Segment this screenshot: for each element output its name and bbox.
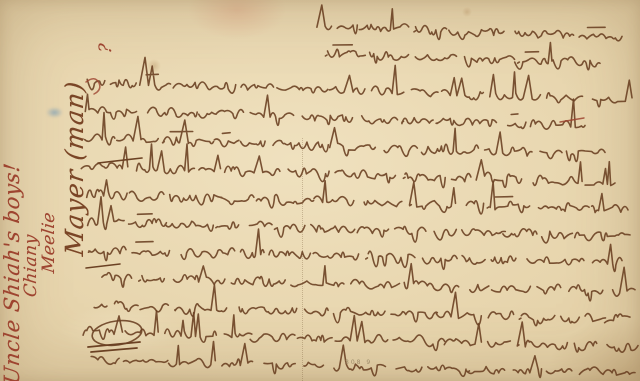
handwritten-text-line	[87, 180, 628, 214]
margin-note-name-meelie: Meelie	[41, 211, 58, 274]
margin-note-sender-mayer: Mayer (man)	[62, 79, 87, 257]
handwritten-text-line	[88, 197, 630, 243]
handwritten-text-line	[94, 285, 630, 326]
handwritten-text-line	[102, 264, 635, 301]
handwritten-text-line	[317, 5, 622, 41]
margin-note-name-chiany: Chiany	[23, 234, 40, 299]
handwriting-layer	[0, 0, 640, 381]
postcard-center-crease	[302, 138, 303, 381]
word-underline-line9	[86, 264, 120, 268]
word-underline-line5	[98, 158, 142, 163]
postcard-paper: Uncle Shiah's boys! Chiany Meelie Mayer …	[0, 0, 640, 381]
handwritten-text-line	[85, 94, 585, 129]
handwritten-text-line	[89, 229, 623, 271]
handwritten-text-line	[325, 43, 600, 70]
yiddish-handwriting-lines	[81, 5, 638, 377]
margin-note-uncle-shiahs-boys: Uncle Shiah's boys!	[2, 162, 23, 381]
printed-series-number: 808 9	[345, 360, 372, 366]
red-question-mark: ?	[98, 43, 115, 54]
handwritten-text-line	[87, 57, 632, 106]
double-underline-mark	[88, 342, 140, 352]
